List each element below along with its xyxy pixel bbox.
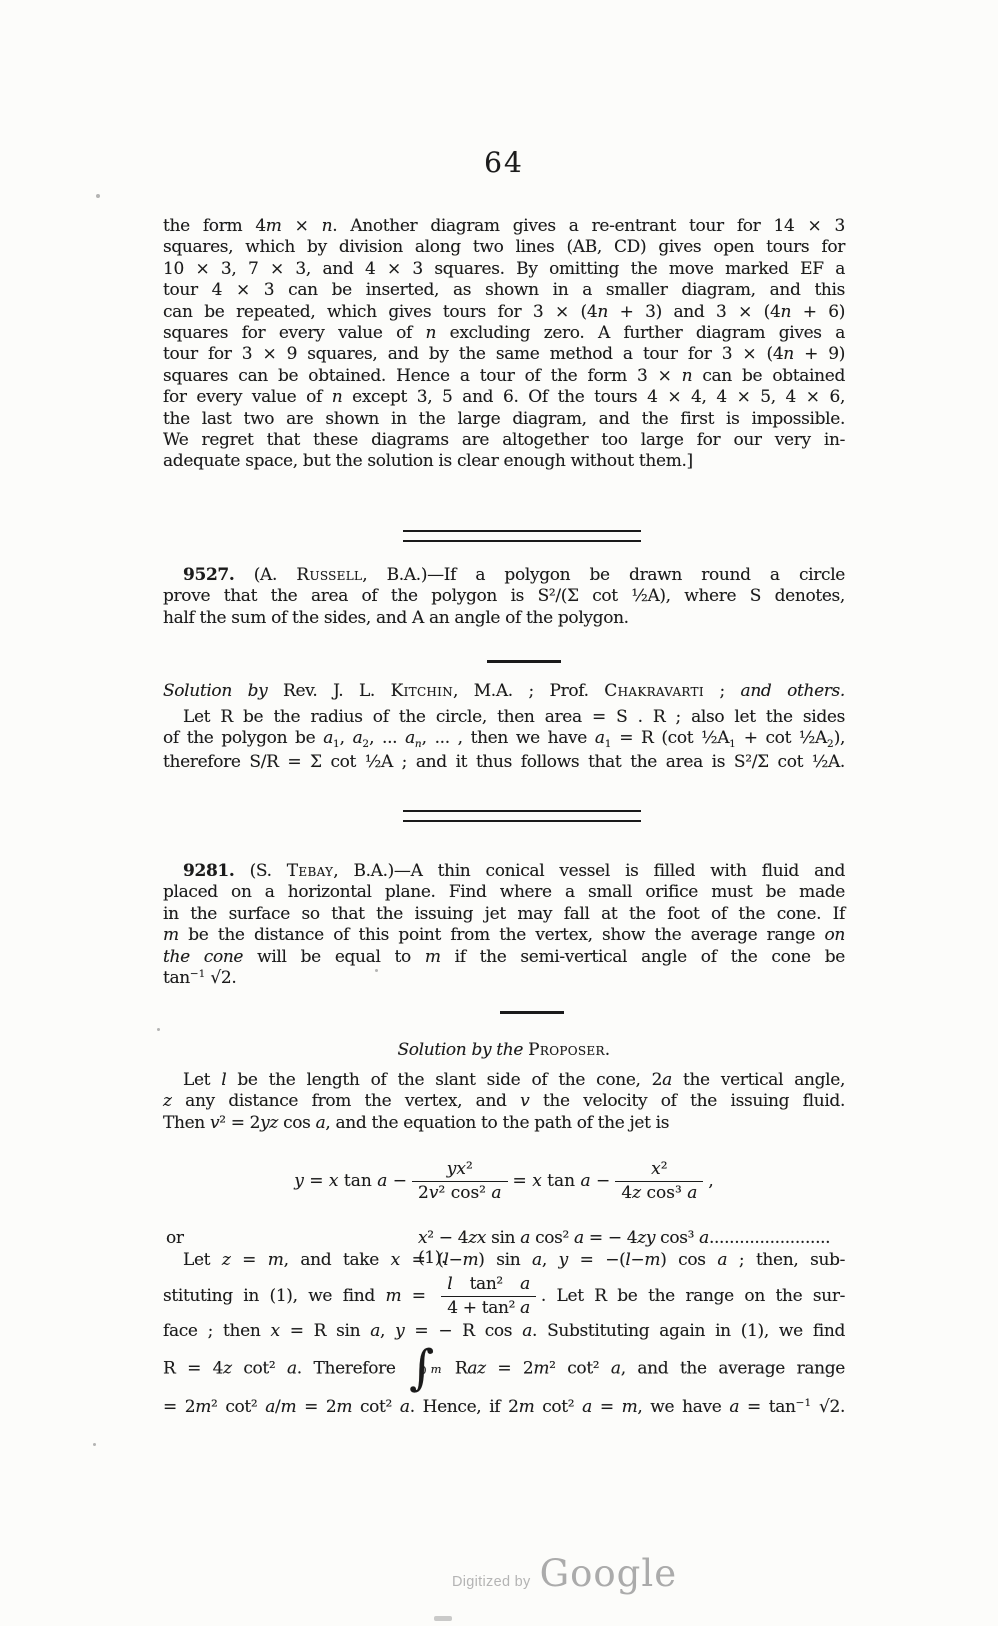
section-divider-double-rule-2	[403, 810, 641, 822]
equation-or-label: or	[166, 1228, 184, 1248]
text-line: can be repeated, which gives tours for 3…	[163, 302, 845, 323]
integral-sign: ∫m0	[409, 1343, 439, 1395]
google-logo-text: Google	[540, 1552, 678, 1595]
text-line: prove that the area of the polygon is S²…	[163, 586, 845, 607]
problem-9527-statement: 9527. (A. Russell, B.A.)—If a polygon be…	[163, 565, 845, 629]
scanned-journal-page: 64 the form 4m × n. Another diagram give…	[0, 0, 998, 1626]
text-line: squares can be obtained. Hence a tour of…	[163, 366, 845, 387]
scan-mark-bottom	[434, 1616, 452, 1621]
equation-jet-path: y = x tan a − yx²2v² cos² a = x tan a − …	[163, 1150, 845, 1212]
scan-speck	[96, 194, 100, 198]
text-segment: . Let R be the range on the sur-	[541, 1286, 845, 1306]
problem-9527-rule	[487, 660, 561, 663]
text-line: of the polygon be a1, a2, ... an, ... , …	[163, 728, 845, 751]
text-line: tour 4 × 3 can be inserted, as shown in …	[163, 280, 845, 301]
text-line: in the surface so that the issuing jet m…	[163, 904, 845, 925]
problem-9281-rule	[500, 1011, 564, 1014]
integral-upper-limit: m	[431, 1344, 442, 1394]
text-line: 9527. (A. Russell, B.A.)—If a polygon be…	[163, 565, 845, 586]
text-line: the form 4m × n. Another diagram gives a…	[163, 216, 845, 237]
fraction-denominator: 4 + tan² a	[441, 1297, 536, 1318]
fraction-numerator: l tan² a	[441, 1275, 536, 1297]
digitized-by-label: Digitized by	[452, 1574, 531, 1590]
text-line: tour for 3 × 9 squares, and by the same …	[163, 344, 845, 365]
editorial-note-paragraph: the form 4m × n. Another diagram gives a…	[163, 216, 845, 473]
section-divider-double-rule	[403, 530, 641, 542]
text-line: 10 × 3, 7 × 3, and 4 × 3 squares. By omi…	[163, 259, 845, 280]
text-line-with-integral: R = 4z cot² a. Therefore ∫m0 Raz = 2m² c…	[163, 1343, 845, 1395]
scan-speck	[157, 1028, 160, 1031]
text-line: squares for every value of n excluding z…	[163, 323, 845, 344]
text-line: for every value of n except 3, 5 and 6. …	[163, 387, 845, 408]
solution-9281-intro: Let l be the length of the slant side of…	[163, 1070, 845, 1134]
fraction-denominator: 4z cos³ a	[615, 1182, 703, 1203]
fraction-denominator: 2v² cos² a	[412, 1182, 508, 1203]
solution-9527-body: Let R be the radius of the circle, then …	[163, 707, 845, 773]
page-number: 64	[163, 146, 845, 179]
text-line: = 2m² cot² a/m = 2m cot² a. Hence, if 2m…	[163, 1395, 845, 1421]
digitized-by-google-watermark: Digitized by Google	[452, 1552, 677, 1595]
problem-9281-statement: 9281. (S. Tebay, B.A.)—A thin conical ve…	[163, 861, 845, 991]
integral-lower-limit: 0	[419, 1345, 426, 1395]
solution-9281-final-paragraph: Let z = m, and take x = (l−m) sin a, y =…	[163, 1250, 845, 1421]
text-line: half the sum of the sides, and A an angl…	[163, 608, 845, 629]
text-line: face ; then x = R sin a, y = − R cos a. …	[163, 1321, 845, 1342]
text-line: Then v² = 2yz cos a, and the equation to…	[163, 1113, 845, 1134]
text-line: 9281. (S. Tebay, B.A.)—A thin conical ve…	[163, 861, 845, 882]
text-line: placed on a horizontal plane. Find where…	[163, 882, 845, 903]
text-line: therefore S/R = Σ cot ½A ; and it thus f…	[163, 752, 845, 773]
text-segment: stituting in (1), we find m =	[163, 1286, 436, 1306]
solution-9527-header: Solution by Rev. J. L. Kitchin, M.A. ; P…	[163, 681, 845, 702]
text-line: Let z = m, and take x = (l−m) sin a, y =…	[163, 1250, 845, 1271]
text-segment: R = 4z cot² a. Therefore	[163, 1358, 407, 1378]
scan-speck	[375, 969, 378, 972]
equation-segment: ,	[708, 1171, 713, 1191]
text-line: the cone will be equal to m if the semi-…	[163, 947, 845, 968]
equation-1-row: or x² − 4zx sin a cos² a = − 4zy cos³ a.…	[163, 1228, 845, 1252]
equation-segment: = x tan a −	[513, 1171, 611, 1191]
fraction: x²4z cos³ a	[615, 1160, 703, 1203]
text-segment: Raz = 2m² cot² a, and the average range	[443, 1358, 845, 1378]
text-line: m be the distance of this point from the…	[163, 925, 845, 946]
equation-segment: y = x tan a −	[294, 1171, 407, 1191]
solution-9281-header: Solution by the Proposer.	[163, 1040, 845, 1061]
scan-speck	[93, 1443, 96, 1446]
solution-attribution-line: Solution by Rev. J. L. Kitchin, M.A. ; P…	[163, 681, 845, 702]
text-line: the last two are shown in the large diag…	[163, 409, 845, 430]
text-line: We regret that these diagrams are altoge…	[163, 430, 845, 451]
text-line-with-fraction: stituting in (1), we find m = l tan² a4 …	[163, 1271, 845, 1321]
fraction: yx²2v² cos² a	[412, 1160, 508, 1203]
text-line: tan−1 √2.	[163, 968, 845, 991]
text-line: Let R be the radius of the circle, then …	[163, 707, 845, 728]
text-line: z any distance from the vertex, and v th…	[163, 1091, 845, 1112]
fraction-numerator: yx²	[412, 1160, 508, 1182]
text-line: Let l be the length of the slant side of…	[163, 1070, 845, 1091]
inline-fraction: l tan² a4 + tan² a	[441, 1275, 536, 1318]
text-line: squares, which by division along two lin…	[163, 237, 845, 258]
fraction-numerator: x²	[615, 1160, 703, 1182]
solution-attribution-line: Solution by the Proposer.	[163, 1040, 845, 1061]
text-line: adequate space, but the solution is clea…	[163, 451, 845, 472]
